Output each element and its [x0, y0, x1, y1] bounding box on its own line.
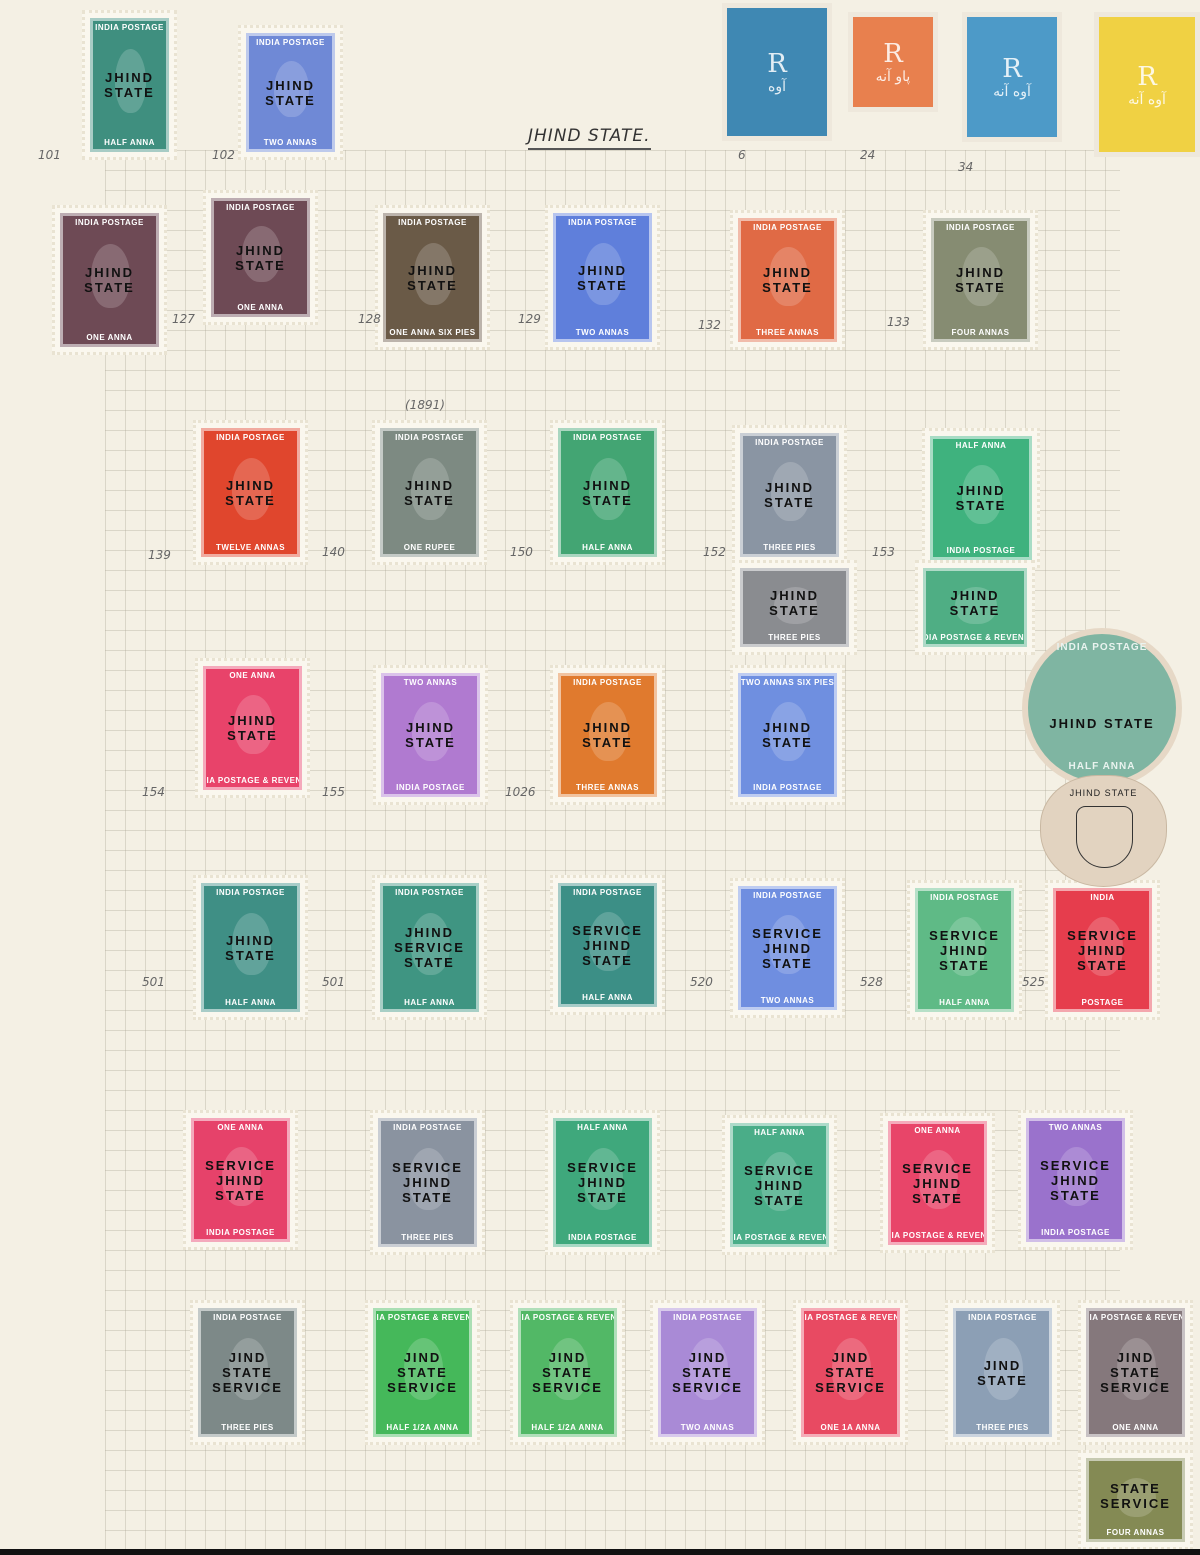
stamp: INDIA POSTAGE JHINDSTATE THREE ANNAS — [730, 210, 845, 350]
stamp: INDIA POSTAGE & REVENUE JINDSTATESERVICE… — [510, 1300, 625, 1445]
stamp: ONE ANNA JHINDSTATE INDIA POSTAGE & REVE… — [195, 658, 310, 798]
envelope-overprint: JHIND STATE — [1049, 716, 1154, 731]
stamp-overprint: SERVICEJHINDSTATE — [205, 1158, 276, 1203]
stamp-overprint: JINDSTATESERVICE — [1100, 1350, 1171, 1395]
stamp-value: INDIA POSTAGE & REVENUE — [888, 1231, 987, 1240]
stamp: INDIA POSTAGE JHINDSTATE ONE ANNA — [52, 205, 167, 355]
stamp: INDIA POSTAGE JHINDSTATE THREE PIES — [732, 425, 847, 565]
stamp-script: آوه — [768, 79, 786, 95]
stamp-overprint: JHINDSTATE — [84, 265, 135, 295]
stamp-overprint: JHINDSTATE — [764, 480, 815, 510]
stamp-header: INDIA POSTAGE & REVENUE — [518, 1313, 617, 1322]
catalogue-number: 132 — [698, 318, 721, 332]
stamp-overprint: JHINDSTATE — [265, 78, 316, 108]
stamp-value: THREE PIES — [976, 1423, 1029, 1432]
stamp: JHINDSTATE INDIA POSTAGE & REVENUE — [915, 560, 1035, 655]
stamp-value: INDIA POSTAGE & REVENUE — [203, 776, 302, 785]
year-note: (1891) — [405, 398, 445, 412]
stamp-header: INDIA POSTAGE — [256, 38, 325, 47]
stamp: INDIA POSTAGE JHINDSTATE TWO ANNAS — [545, 205, 660, 350]
stamp: STATESERVICE FOUR ANNAS — [1078, 1450, 1193, 1550]
stamp-header: INDIA POSTAGE — [216, 888, 285, 897]
catalogue-number: 525 — [1022, 975, 1045, 989]
stamp-overprint: JHINDSTATE — [405, 720, 456, 750]
stamp-overprint: JHINDSTATE — [582, 720, 633, 750]
stamp: INDIA POSTAGE JHINDSTATE ONE ANNA — [203, 190, 318, 325]
stamp: TWO ANNAS SIX PIES JHINDSTATE INDIA POST… — [730, 665, 845, 805]
stamp: INDIA POSTAGE JHINDSTATE TWELVE ANNAS — [193, 420, 308, 565]
stamp-value: POSTAGE — [1081, 998, 1123, 1007]
stamp-header: ONE ANNA — [229, 671, 275, 680]
stamp-overprint: SERVICEJHINDSTATE — [392, 1160, 463, 1205]
stamp-header: INDIA — [1090, 893, 1114, 902]
stamp-value: HALF 1/2A ANNA — [531, 1423, 603, 1432]
stamp: ONE ANNA SERVICEJHINDSTATE INDIA POSTAGE… — [880, 1113, 995, 1253]
stamp: INDIA SERVICEJHINDSTATE POSTAGE — [1045, 880, 1160, 1020]
catalogue-number: 501 — [142, 975, 165, 989]
stamp-value: THREE PIES — [768, 633, 821, 642]
catalogue-number: 501 — [322, 975, 345, 989]
imperforate-stamp: R پاو آنه — [848, 12, 938, 112]
stamp-value: ONE RUPEE — [404, 543, 456, 552]
stamp-value: TWELVE ANNAS — [216, 543, 285, 552]
stamp-header: ONE ANNA — [914, 1126, 960, 1135]
stamp-header: INDIA POSTAGE — [395, 888, 464, 897]
stamp-value: HALF ANNA — [404, 998, 455, 1007]
stamp: JHINDSTATE THREE PIES — [732, 560, 857, 655]
stamp-value: INDIA POSTAGE & REVENUE — [923, 633, 1027, 642]
stamp-overprint: JINDSTATESERVICE — [212, 1350, 283, 1395]
stamp-value: TWO ANNAS — [264, 138, 318, 147]
stamp-value: INDIA POSTAGE — [753, 783, 822, 792]
stamp: INDIA POSTAGE JHINDSTATE ONE RUPEE — [372, 420, 487, 565]
stamp-script: آوه آنه — [993, 84, 1031, 100]
catalogue-number: 153 — [872, 545, 895, 559]
catalogue-number: 520 — [690, 975, 713, 989]
stamp-overprint: JINDSTATESERVICE — [532, 1350, 603, 1395]
stamp: INDIA POSTAGE & REVENUE JINDSTATESERVICE… — [793, 1300, 908, 1445]
crest-flap: JHIND STATE — [1040, 775, 1167, 887]
stamp-value: INDIA POSTAGE & REVENUE — [730, 1233, 829, 1242]
stamp-header: INDIA POSTAGE — [75, 218, 144, 227]
stamp-header: INDIA POSTAGE — [673, 1313, 742, 1322]
stamp-value: TWO ANNAS — [576, 328, 630, 337]
stamp-header: INDIA POSTAGE — [393, 1123, 462, 1132]
stamp: INDIA POSTAGE JHINDSTATE THREE ANNAS — [550, 665, 665, 805]
stamp-overprint: JHINDSTATE — [950, 588, 1001, 618]
stamp-header: INDIA POSTAGE & REVENUE — [373, 1313, 472, 1322]
stamp: INDIA POSTAGE JINDSTATESERVICE THREE PIE… — [190, 1300, 305, 1445]
stamp: INDIA POSTAGE JHINDSTATE HALF ANNA — [193, 875, 308, 1020]
stamp-value: FOUR ANNAS — [1106, 1528, 1164, 1537]
catalogue-number: 154 — [142, 785, 165, 799]
stamp-overprint: SERVICEJHINDSTATE — [744, 1163, 815, 1208]
stamp: INDIA POSTAGE JHINDSTATE HALF ANNA — [82, 10, 177, 160]
stamp-header: INDIA POSTAGE — [930, 893, 999, 902]
stamp-value: INDIA POSTAGE — [1041, 1228, 1110, 1237]
catalogue-number: 127 — [172, 312, 195, 326]
stamp-value: THREE ANNAS — [756, 328, 819, 337]
stamp-letter: R — [883, 39, 903, 69]
catalogue-number: 139 — [148, 548, 171, 562]
stamp: INDIA POSTAGE SERVICEJHINDSTATE TWO ANNA… — [730, 878, 845, 1018]
stamp-value: TWO ANNAS — [761, 996, 815, 1005]
stamp-overprint: JINDSTATESERVICE — [815, 1350, 886, 1395]
stamp-overprint: JHINDSERVICESTATE — [394, 925, 465, 970]
stamp-value: HALF ANNA — [582, 993, 633, 1002]
stamp: INDIA POSTAGE JHINDSTATE ONE ANNA SIX PI… — [375, 205, 490, 350]
catalogue-number: 34 — [958, 160, 973, 174]
stamp-overprint: JHINDSTATE — [225, 478, 276, 508]
stamp-header: INDIA POSTAGE — [573, 888, 642, 897]
stamp-header: INDIA POSTAGE — [226, 203, 295, 212]
stamp-overprint: JHINDSTATE — [955, 265, 1006, 295]
stamp-header: INDIA POSTAGE — [968, 1313, 1037, 1322]
stamp-overprint: JINDSTATE — [977, 1358, 1028, 1388]
stamp-letter: R — [1002, 54, 1022, 84]
stamp-value: ONE 1A ANNA — [820, 1423, 880, 1432]
imperforate-stamp: R آوه آنه — [962, 12, 1062, 142]
stamp-value: HALF ANNA — [225, 998, 276, 1007]
crest-icon — [1076, 806, 1133, 868]
stamp: TWO ANNAS JHINDSTATE INDIA POSTAGE — [373, 665, 488, 805]
stamp-value: TWO ANNAS — [681, 1423, 735, 1432]
stamp-header: TWO ANNAS — [1049, 1123, 1103, 1132]
stamp: INDIA POSTAGE JHINDSTATE FOUR ANNAS — [923, 210, 1038, 350]
stamp-overprint: SERVICEJHINDSTATE — [902, 1161, 973, 1206]
stamp: INDIA POSTAGE & REVENUE JINDSTATESERVICE… — [1078, 1300, 1193, 1445]
stamp-overprint: JHINDSTATE — [582, 478, 633, 508]
stamp: INDIA POSTAGE JHINDSERVICESTATE HALF ANN… — [372, 875, 487, 1020]
stamp: HALF ANNA SERVICEJHINDSTATE INDIA POSTAG… — [545, 1110, 660, 1255]
stamp-value: THREE PIES — [221, 1423, 274, 1432]
stamp: INDIA POSTAGE JHINDSTATE TWO ANNAS — [238, 25, 343, 160]
stamp-overprint: SERVICEJHINDSTATE — [1040, 1158, 1111, 1203]
stamp-overprint: JHINDSTATE — [956, 483, 1007, 513]
imperforate-stamp: R آوه آنه — [1094, 12, 1200, 157]
stamp-letter: R — [1137, 62, 1157, 92]
stamp-overprint: JHINDSTATE — [577, 263, 628, 293]
stamp: TWO ANNAS SERVICEJHINDSTATE INDIA POSTAG… — [1018, 1110, 1133, 1250]
stamp: INDIA POSTAGE SERVICEJHINDSTATE HALF ANN… — [550, 875, 665, 1015]
catalogue-number: 155 — [322, 785, 345, 799]
stamp: INDIA POSTAGE JHINDSTATE HALF ANNA — [550, 420, 665, 565]
page-title: JHIND STATE. — [528, 126, 651, 150]
stamp-header: INDIA POSTAGE — [573, 678, 642, 687]
catalogue-number: 1026 — [505, 785, 536, 799]
stamp-header: INDIA POSTAGE — [213, 1313, 282, 1322]
catalogue-number: 140 — [322, 545, 345, 559]
stamp-letter: R — [767, 49, 787, 79]
stamp-header: HALF ANNA — [754, 1128, 805, 1137]
stamp-header: INDIA POSTAGE & REVENUE — [801, 1313, 900, 1322]
catalogue-number: 102 — [212, 148, 235, 162]
stamp-value: THREE PIES — [763, 543, 816, 552]
catalogue-number: 150 — [510, 545, 533, 559]
stamp: ONE ANNA SERVICEJHINDSTATE INDIA POSTAGE — [183, 1110, 298, 1250]
stamp: INDIA POSTAGE & REVENUE JINDSTATESERVICE… — [365, 1300, 480, 1445]
stamp-header: INDIA POSTAGE — [216, 433, 285, 442]
stamp: INDIA POSTAGE JINDSTATE THREE PIES — [945, 1300, 1060, 1445]
stamp-overprint: JINDSTATESERVICE — [672, 1350, 743, 1395]
envelope-header: INDIA POSTAGE — [1028, 642, 1176, 653]
stamp-header: INDIA POSTAGE — [573, 433, 642, 442]
crest-label: JHIND STATE — [1041, 788, 1166, 798]
stamp-value: HALF ANNA — [582, 543, 633, 552]
stamp-value: THREE PIES — [401, 1233, 454, 1242]
stamp-header: ONE ANNA — [217, 1123, 263, 1132]
stamp-value: FOUR ANNAS — [951, 328, 1009, 337]
stamp-overprint: JHINDSTATE — [404, 478, 455, 508]
stamp-header: INDIA POSTAGE — [568, 218, 637, 227]
catalogue-number: 152 — [703, 545, 726, 559]
imperforate-stamp: R آوه — [722, 3, 832, 141]
catalogue-number: 101 — [38, 148, 61, 162]
stamp: INDIA POSTAGE SERVICEJHINDSTATE HALF ANN… — [907, 880, 1022, 1020]
stamp-header: INDIA POSTAGE & REVENUE — [1086, 1313, 1185, 1322]
stamp-header: TWO ANNAS SIX PIES — [741, 678, 835, 687]
catalogue-number: 129 — [518, 312, 541, 326]
stamp-overprint: JHINDSTATE — [762, 265, 813, 295]
stamp-overprint: SERVICEJHINDSTATE — [572, 923, 643, 968]
stamp-overprint: SERVICEJHINDSTATE — [1067, 928, 1138, 973]
stamp-script: پاو آنه — [876, 69, 911, 85]
stamp: HALF ANNA SERVICEJHINDSTATE INDIA POSTAG… — [722, 1115, 837, 1255]
stamp-header: INDIA POSTAGE — [946, 223, 1015, 232]
stamp: HALF ANNA JHINDSTATE INDIA POSTAGE — [922, 428, 1040, 568]
stamp-value: HALF ANNA — [939, 998, 990, 1007]
stamp-value: THREE ANNAS — [576, 783, 639, 792]
stamp-overprint: SERVICEJHINDSTATE — [752, 926, 823, 971]
stamp-overprint: JHINDSTATE — [225, 933, 276, 963]
stamp-overprint: JHINDSTATE — [769, 588, 820, 618]
stamp-value: ONE ANNA — [86, 333, 132, 342]
stamp-overprint: STATESERVICE — [1100, 1481, 1171, 1511]
stamp-header: INDIA POSTAGE — [398, 218, 467, 227]
stamp-overprint: JHINDSTATE — [407, 263, 458, 293]
envelope-cut-stamp: INDIA POSTAGE JHIND STATE HALF ANNA — [1022, 628, 1182, 788]
stamp-header: INDIA POSTAGE — [395, 433, 464, 442]
stamp-overprint: SERVICEJHINDSTATE — [929, 928, 1000, 973]
stamp-overprint: SERVICEJHINDSTATE — [567, 1160, 638, 1205]
stamp-overprint: JHINDSTATE — [235, 243, 286, 273]
catalogue-number: 6 — [738, 148, 746, 162]
stamp-header: INDIA POSTAGE — [753, 223, 822, 232]
stamp-overprint: JHINDSTATE — [227, 713, 278, 743]
stamp-header: INDIA POSTAGE — [753, 891, 822, 900]
stamp-header: HALF ANNA — [577, 1123, 628, 1132]
stamp-overprint: JINDSTATESERVICE — [387, 1350, 458, 1395]
stamp-value: HALF ANNA — [104, 138, 155, 147]
stamp-value: ONE ANNA — [237, 303, 283, 312]
catalogue-number: 24 — [860, 148, 875, 162]
stamp-header: HALF ANNA — [956, 441, 1007, 450]
stamp-overprint: JHINDSTATE — [104, 70, 155, 100]
catalogue-number: 528 — [860, 975, 883, 989]
stamp-value: INDIA POSTAGE — [396, 783, 465, 792]
stamp-value: INDIA POSTAGE — [568, 1233, 637, 1242]
stamp-value: INDIA POSTAGE — [206, 1228, 275, 1237]
stamp-value: ONE ANNA SIX PIES — [389, 328, 475, 337]
stamp-value: ONE ANNA — [1112, 1423, 1158, 1432]
stamp-header: INDIA POSTAGE — [755, 438, 824, 447]
stamp-value: HALF 1/2A ANNA — [386, 1423, 458, 1432]
stamp-value: INDIA POSTAGE — [947, 546, 1016, 555]
stamp-overprint: JHINDSTATE — [762, 720, 813, 750]
stamp-header: TWO ANNAS — [404, 678, 458, 687]
stamp: INDIA POSTAGE SERVICEJHINDSTATE THREE PI… — [370, 1110, 485, 1255]
envelope-value: HALF ANNA — [1028, 761, 1176, 772]
stamp: INDIA POSTAGE JINDSTATESERVICE TWO ANNAS — [650, 1300, 765, 1445]
stamp-header: INDIA POSTAGE — [95, 23, 164, 32]
catalogue-number: 133 — [887, 315, 910, 329]
scan-edge — [0, 1549, 1200, 1555]
stamp-script: آوه آنه — [1128, 92, 1166, 108]
catalogue-number: 128 — [358, 312, 381, 326]
